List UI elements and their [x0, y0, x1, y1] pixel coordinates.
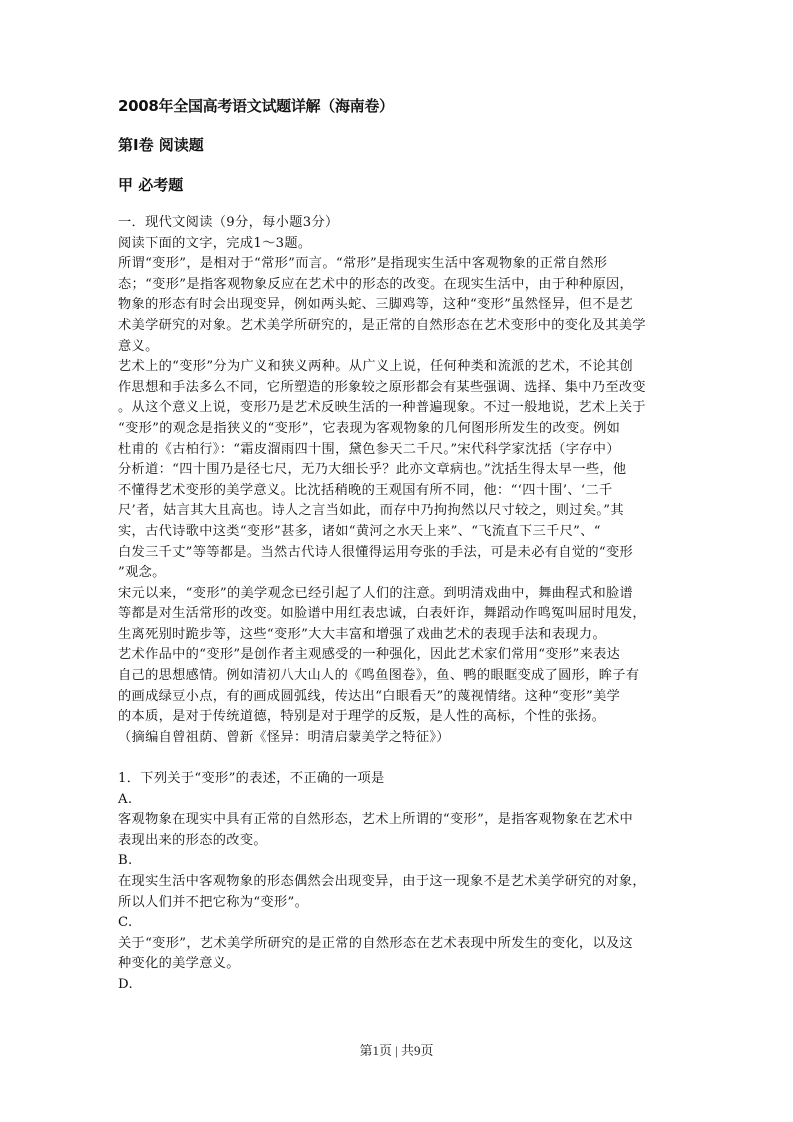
- option-text-line: 客观物象在现实中具有正常的自然形态，艺术上所谓的“变形”，是指客观物象在艺术中: [118, 810, 670, 831]
- passage-line: ”观念。: [118, 563, 670, 584]
- passage-line: 作思想和手法多么不同，它所塑造的形象较之原形都会有某些强调、选择、集中乃至改变: [118, 378, 670, 399]
- subsection-heading: 甲 必考题: [118, 175, 670, 195]
- passage-line: 分析道：“四十围乃是径七尺，无乃大细长乎？此亦文章病也。”沈括生得太早一些，他: [118, 460, 670, 481]
- passage-line: 艺术作品中的“变形”是创作者主观感受的一种强化，因此艺术家们常用“变形”来表达: [118, 645, 670, 666]
- passage-line: 生离死别时跪步等，这些“变形”大大丰富和增强了戏曲艺术的表现手法和表现力。: [118, 625, 670, 646]
- passage-line: 杜甫的《古柏行》：“霜皮溜雨四十围，黛色参天二千尺。”宋代科学家沈括（字存中）: [118, 440, 670, 461]
- option-text-line: 种变化的美学意义。: [118, 954, 670, 975]
- passage-line: 。从这个意义上说，变形乃是艺术反映生活的一种普遍现象。不过一般地说，艺术上关于: [118, 398, 670, 419]
- passage-line: 术美学研究的对象。艺术美学所研究的，是正常的自然形态在艺术变形中的变化及其美学: [118, 316, 670, 337]
- reading-passage: 所谓“变形”，是相对于“常形”而言。“常形”是指现实生活中客观物象的正常自然形 …: [118, 254, 670, 748]
- question-1: 1．下列关于“变形”的表述，不正确的一项是 A. 客观物象在现实中具有正常的自然…: [118, 769, 670, 996]
- passage-line: 意义。: [118, 337, 670, 358]
- option-label: A.: [118, 790, 670, 811]
- passage-line: 自己的思想感情。例如清初八大山人的《鸣鱼图卷》，鱼、鸭的眼眶变成了圆形，眸子有: [118, 666, 670, 687]
- document-page: 2008年全国高考语文试题详解（海南卷） 第Ⅰ卷 阅读题 甲 必考题 一．现代文…: [118, 96, 670, 996]
- option-label: B.: [118, 851, 670, 872]
- passage-line: 所谓“变形”，是相对于“常形”而言。“常形”是指现实生活中客观物象的正常自然形: [118, 254, 670, 275]
- passage-line: 尺’者，姑言其大且高也。诗人之言当如此，而存中乃拘拘然以尺寸较之，则过矣。”其: [118, 501, 670, 522]
- passage-line: 态；“变形”是指客观物象反应在艺术中的形态的改变。在现实生活中，由于种种原因，: [118, 275, 670, 296]
- passage-line: “变形”的观念是指狭义的“变形”，它表现为客观物象的几何图形所发生的改变。例如: [118, 419, 670, 440]
- passage-line: 实，古代诗歌中这类“变形”甚多，诸如“黄河之水天上来”、“飞流直下三千尺”、“: [118, 522, 670, 543]
- part-heading: 一．现代文阅读（9分，每小题3分）: [118, 213, 670, 234]
- passage-source: （摘编自曾祖荫、曾新《怪异：明清启蒙美学之特征》）: [118, 728, 670, 749]
- passage-line: 白发三千丈”等等都是。当然古代诗人很懂得运用夸张的手法，可是未必有自觉的“变形: [118, 543, 670, 564]
- section-heading: 第Ⅰ卷 阅读题: [118, 135, 670, 155]
- question-stem: 1．下列关于“变形”的表述，不正确的一项是: [118, 769, 670, 790]
- option-c: C. 关于“变形”，艺术美学所研究的是正常的自然形态在艺术表现中所发生的变化，以…: [118, 913, 670, 975]
- passage-line: 宋元以来，“变形”的美学观念已经引起了人们的注意。到明清戏曲中，舞曲程式和脸谱: [118, 584, 670, 605]
- passage-line: 物象的形态有时会出现变异，例如两头蛇、三脚鸡等，这种“变形”虽然怪异，但不是艺: [118, 295, 670, 316]
- passage-line: 的本质，是对于传统道德，特别是对于理学的反叛，是人性的高标，个性的张扬。: [118, 707, 670, 728]
- passage-line: 的画成绿豆小点，有的画成圆弧线，传达出“白眼看天”的蔑视情绪。这种“变形”美学: [118, 687, 670, 708]
- passage-line: 等都是对生活常形的改变。如脸谱中用红表忠诚，白表奸诈，舞蹈动作鸣冤叫屈时甩发，: [118, 604, 670, 625]
- option-text-line: 关于“变形”，艺术美学所研究的是正常的自然形态在艺术表现中所发生的变化，以及这: [118, 934, 670, 955]
- option-a: A. 客观物象在现实中具有正常的自然形态，艺术上所谓的“变形”，是指客观物象在艺…: [118, 790, 670, 852]
- option-b: B. 在现实生活中客观物象的形态偶然会出现变异，由于这一现象不是艺术美学研究的对…: [118, 851, 670, 913]
- spacer: [118, 748, 670, 769]
- passage-line: 艺术上的“变形”分为广义和狭义两种。从广义上说，任何种类和流派的艺术，不论其创: [118, 357, 670, 378]
- option-label: C.: [118, 913, 670, 934]
- instruction-text: 阅读下面的文字，完成1～3题。: [118, 234, 670, 255]
- passage-line: 不懂得艺术变形的美学意义。比沈括稍晚的王观国有所不同，他：“‘四十围’、‘二千: [118, 481, 670, 502]
- option-text-line: 表现出来的形态的改变。: [118, 831, 670, 852]
- document-title: 2008年全国高考语文试题详解（海南卷）: [118, 96, 670, 116]
- option-text-line: 所以人们并不把它称为“变形”。: [118, 893, 670, 914]
- option-d: D.: [118, 975, 670, 996]
- option-label: D.: [118, 975, 670, 996]
- page-footer: 第1页 | 共9页: [0, 1040, 793, 1059]
- option-text-line: 在现实生活中客观物象的形态偶然会出现变异，由于这一现象不是艺术美学研究的对象，: [118, 872, 670, 893]
